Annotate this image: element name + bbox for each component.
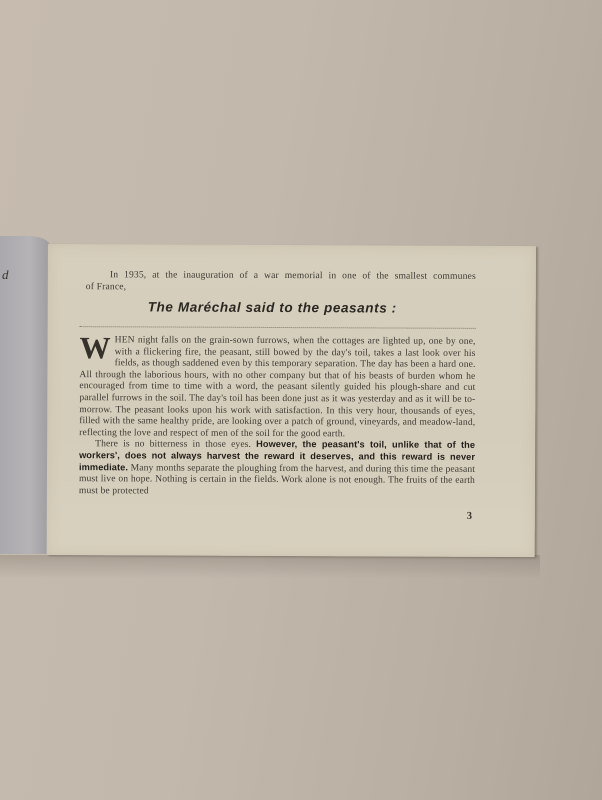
- paragraph-1-text: HEN night falls on the grain-sown furrow…: [79, 334, 475, 439]
- left-page-text-fragment: d: [2, 267, 9, 283]
- paragraph-2-end: Many months separate the ploughing from …: [79, 462, 475, 496]
- right-page: In 1935, at the inauguration of a war me…: [47, 244, 536, 557]
- booklet-shadow: [0, 555, 540, 579]
- intro-text: In 1935, at the inauguration of a war me…: [86, 269, 476, 295]
- drop-cap: W: [79, 335, 110, 361]
- paragraph-2-start: There is no bitterness in those eyes.: [95, 439, 256, 451]
- left-page: d: [0, 236, 50, 554]
- dotted-divider: [80, 326, 476, 329]
- intro-line-1: In 1935, at the inauguration of a war me…: [86, 269, 476, 283]
- body-text: WHEN night falls on the grain-sown furro…: [79, 334, 476, 498]
- page-number: 3: [467, 511, 472, 522]
- intro-line-2: of France,: [86, 281, 126, 292]
- page-title: The Maréchal said to the peasants :: [148, 299, 397, 315]
- paragraph-2: There is no bitterness in those eyes. Ho…: [79, 438, 475, 498]
- paragraph-1: WHEN night falls on the grain-sown furro…: [79, 334, 475, 440]
